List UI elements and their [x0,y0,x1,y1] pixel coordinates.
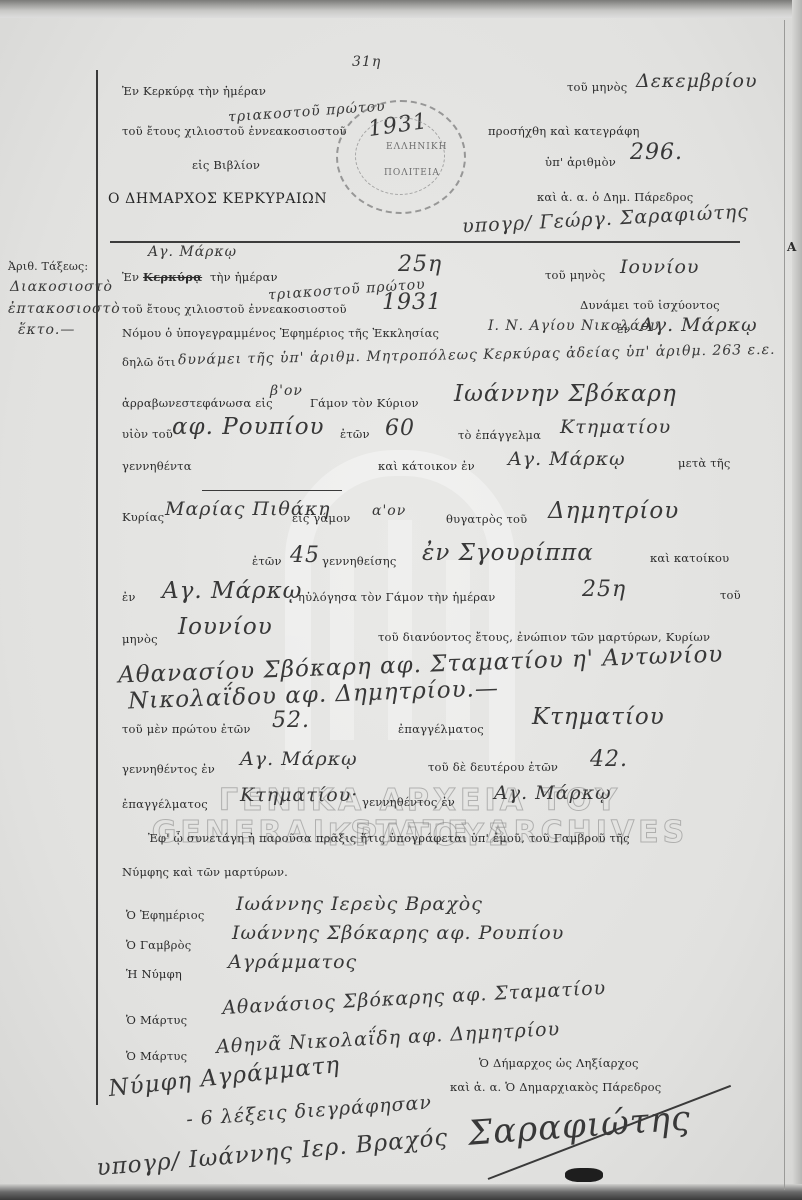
footer-priest-signature: υπογρ/ Ιωάννης Ιερ. Βραχός [96,1125,450,1182]
stamp-bottom-text: ΠΟΛΙΤΕΙΑ [384,168,440,178]
act-wedding-month: Ιουνίου [178,614,273,640]
reg-day: 31η [352,54,381,70]
act-bride-birthplace: ἐν Σγουρίππα [422,540,594,566]
act-bride-residence: Αγ. Μάρκῳ [162,578,302,604]
act-first-birthplace: Αγ. Μάρκῳ [240,748,358,770]
signature-witness-1: Αθανάσιος Σβόκαρης αφ. Σταματίου [222,977,607,1019]
act-bride-label: Κυρίας [122,510,164,524]
act-en-label: Ἐν [122,270,139,284]
footer-note-line2: - 6 λέξεις διεγράφησαν [186,1091,433,1130]
right-margin-rule [784,20,785,1190]
act-resident-label: καὶ κάτοικον ἐν [378,459,475,473]
act-son-of-label: υἱὸν τοῦ [122,427,173,441]
act-month-label: τοῦ μηνὸς [545,268,605,282]
order-number-label: Ἀριθ. Τάξεως: [8,260,88,273]
act-place: Αγ. Μάρκῳ [148,244,237,260]
act-with-label: μετὰ τῆς [678,456,731,470]
signature-role-priest: Ὁ Ἐφημέριος [126,908,205,922]
act-church-place-label: ἐν [617,322,631,336]
act-first-age-label: τοῦ μὲν πρώτου ἐτῶν [122,722,251,736]
signature-role-witness-1: Ὁ Μάρτυς [126,1013,187,1027]
blank-line [202,490,342,491]
act-born-label: γεννηθέντα [122,459,192,473]
order-number-line3: ἕκτο.— [18,322,75,338]
reg-number-label: ὑπ' ἀριθμὸν [545,155,616,169]
act-day: 25η [398,252,442,277]
act-second-age: 42. [590,747,628,772]
act-priest-label: Νόμου ὁ ὑπογεγραμμένος Ἐφημέριος τῆς Ἐκκ… [122,326,439,340]
act-church: Ι. Ν. Αγίου Νικολάου [488,318,660,334]
reg-presented-label: προσήχθη καὶ κατεγράφη [488,124,640,138]
act-closing-line1: Ἐφ' ᾧ συνετάγη ἡ παροῦσα πρᾶξις ἥτις ὑπο… [148,831,630,845]
act-groom-label: Γάμον τὸν Κύριον [310,396,419,410]
act-second-profession-label: ἐπαγγέλματος [122,797,208,811]
deputy-label: καὶ ἀ. α. ὁ Δημ. Πάρεδρος [537,190,693,204]
act-year-label: τοῦ ἔτους χιλιοστοῦ ἐννεακοσιοστοῦ [122,302,347,316]
registrar-label: Ὁ Δήμαρχος ὡς Ληξίαρχος [479,1056,639,1070]
reg-month: Δεκεμβρίου [636,70,758,92]
signature-bride: Αγράμματος [228,951,357,973]
act-second-born-label: γεννηθέντος ἐν [362,795,455,809]
act-current-year-label: τοῦ διανύοντος ἔτους, ἐνώπιον τῶν μαρτύρ… [378,630,710,644]
act-blessed-label: ηὐλόγησα τὸν Γάμον τὴν ἡμέραν [298,590,495,604]
act-wed-label: ἀρραβωνεστεφάνωσα εἰς [122,396,273,410]
act-wedding-month-label: μηνὸς [122,632,158,646]
act-second-birthplace: Αγ. Μάρκῳ [494,782,612,804]
deputy-signature: υπογρ/ Γεώργ. Σαραφιώτης [462,201,750,238]
ink-blot [565,1168,603,1182]
act-struck-place: Κερκύρᾳ [143,270,202,284]
act-first-profession: Κτηματίου [532,704,665,730]
act-groom-age-label: ἐτῶν [340,427,370,441]
act-church-place: Αγ. Μάρκῳ [640,314,758,336]
reg-month-label: τοῦ μηνὸς [567,80,627,94]
act-bride-father: Δημητρίου [548,498,679,524]
signature-role-witness-2: Ὁ Μάρτυς [126,1049,187,1063]
mayor-title: Ο ΔΗΜΑΡΧΟΣ ΚΕΡΚΥΡΑΙΩΝ [108,191,327,207]
act-bride-born-label: γεννηθείσης [322,554,396,568]
act-bride-age-label: ἐτῶν [252,554,282,568]
act-second-profession: Κτηματίου· [240,784,358,806]
act-declare-label: δηλῶ ὅτι [122,355,176,369]
order-number-line2: ἐπτακοσιοστὸ [8,301,121,317]
act-year: 1931 [382,290,442,315]
act-bride-marriage-order: α'ον [372,503,406,519]
signature-witness-2: Αθηνᾶ Νικολαΐδη αφ. Δημητρίου [216,1018,561,1058]
act-day-label: τὴν ἡμέραν [210,270,278,284]
order-number-line1: Διακοσιοστὸ [10,279,113,295]
document-page: ΓΕΝΙΚΑ ΑΡΧΕΙΑ ΤΟΥ ΚΡΑΤΟΥΣ GENERAL STATE … [0,0,802,1200]
registrar-deputy-label: καὶ ἀ. α. Ὁ Δημαρχιακὸς Πάρεδρος [450,1080,661,1094]
signature-role-bride: Ἡ Νύμφη [126,967,182,981]
act-groom-father: αφ. Ρουπίου [172,414,325,440]
act-bride-age: 45 [290,543,320,568]
act-bride-marriage-label: εἰς γάμον [292,511,350,525]
act-groom-residence: Αγ. Μάρκῳ [508,448,626,470]
section-divider [110,241,740,243]
act-first-born-label: γεννηθέντος ἐν [122,762,215,776]
act-of-label: τοῦ [720,588,741,602]
act-law-label: Δυνάμει τοῦ ἰσχύοντος [580,298,720,312]
act-groom-age: 60 [385,416,415,441]
act-groom-profession: Κτηματίου [560,416,671,438]
act-first-profession-label: ἐπαγγέλματος [398,722,484,736]
reg-number: 296. [630,140,683,165]
reg-year-label: τοῦ ἔτους χιλιοστοῦ ἐννεακοσιοστοῦ [122,124,347,138]
act-license: δυνάμει τῆς ὑπ' ἀριθμ. Μητροπόλεως Κερκύ… [178,342,776,368]
signature-priest: Ιωάννης Ιερεὺς Βραχὸς [236,893,483,915]
page-top-edge [0,0,802,18]
reg-book-label: εἰς Βιβλίον [192,158,260,172]
signature-role-groom: Ὁ Γαμβρὸς [126,938,191,952]
act-bride-resident-label: καὶ κατοίκου [650,551,729,565]
reg-date-label: Ἐν Κερκύρᾳ τὴν ἡμέραν [122,84,266,98]
act-first-age: 52. [272,708,310,733]
margin-mark: Α [787,240,797,254]
left-margin-rule [96,70,98,1105]
act-closing-line2: Νύμφης καὶ τῶν μαρτύρων. [122,865,288,879]
page-right-edge [792,0,802,1200]
act-groom-name: Ιωάννην Σβόκαρη [454,381,677,407]
registrar-signature: Σαραφιώτης [467,1098,692,1153]
watermark-logo-bar [330,560,354,740]
act-profession-label: τὸ ἐπάγγελμα [458,428,541,442]
act-wedding-day: 25η [582,577,626,602]
act-bride-resident-prefix: ἐν [122,590,136,604]
act-daughter-label: θυγατρὸς τοῦ [446,512,527,526]
page-bottom-edge [0,1184,802,1200]
act-second-age-label: τοῦ δὲ δευτέρου ἐτῶν [428,760,558,774]
stamp-top-text: ΕΛΛΗΝΙΚΗ [386,142,447,152]
official-stamp-inner [355,117,445,195]
act-marriage-order: β'ον [270,383,303,399]
signature-groom: Ιωάννης Σβόκαρης αφ. Ρουπίου [232,922,564,944]
act-month: Ιουνίου [620,256,699,278]
